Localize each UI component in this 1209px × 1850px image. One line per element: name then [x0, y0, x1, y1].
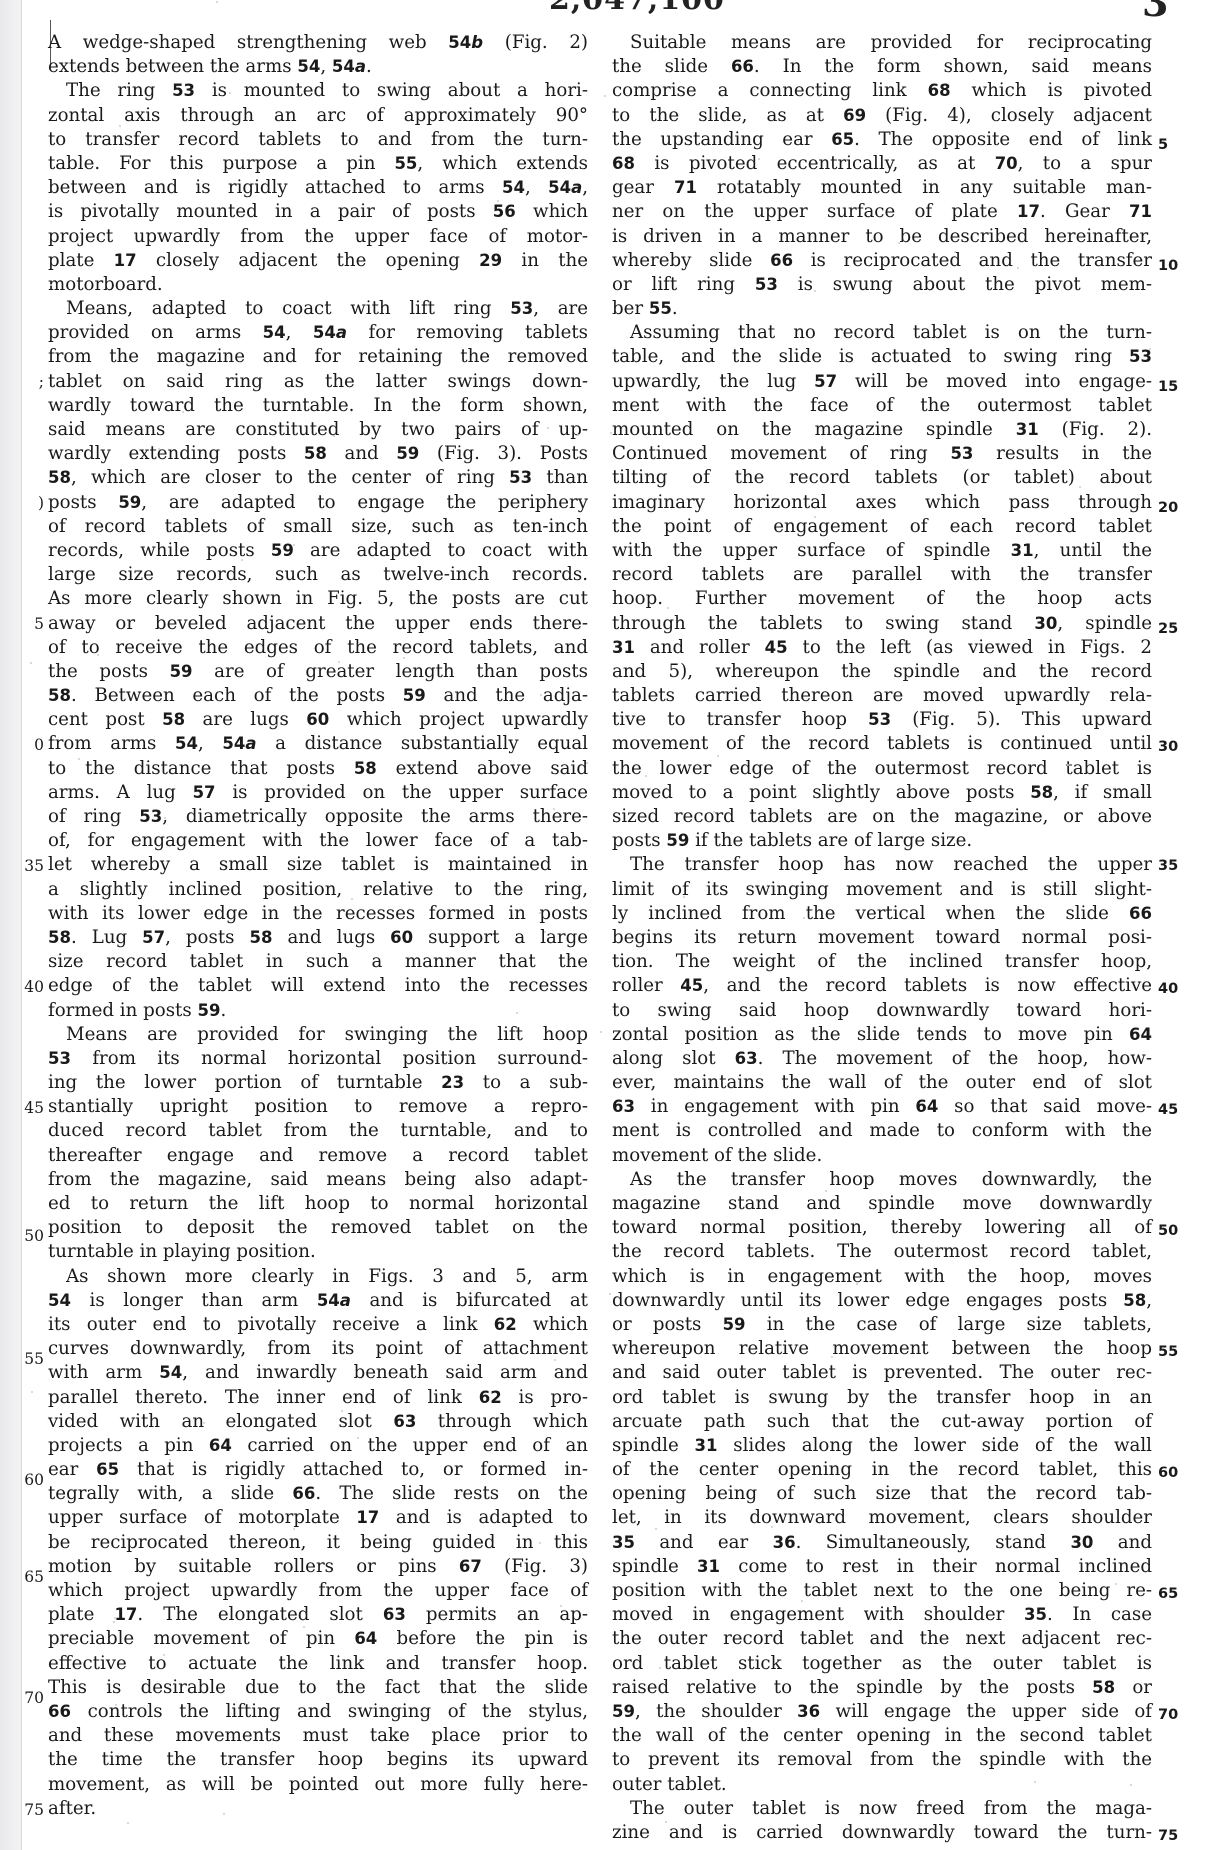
text-segment: upper surface of motorplate [48, 1507, 356, 1528]
text-line: tilting of the record tablets (or tablet… [612, 466, 1152, 490]
reference-numeral: 66 [731, 57, 754, 76]
scan-speck [163, 1654, 165, 1656]
text-line: to prevent its removal from the spindle … [612, 1748, 1152, 1772]
text-segment: and [1093, 1532, 1152, 1553]
text-line: size record tablet in such a manner that… [48, 950, 588, 974]
text-segment: , [286, 322, 313, 343]
line-number: ; [39, 370, 44, 394]
text-segment: the time the transfer hoop begins its up… [48, 1749, 588, 1770]
text-segment: . The slide rests on the [315, 1483, 588, 1504]
text-segment: , [198, 733, 222, 754]
reference-suffix: b [471, 33, 483, 52]
text-segment: Continued movement of ring [612, 443, 950, 464]
text-segment: , and inwardly beneath said arm and [182, 1362, 588, 1383]
scan-speck [357, 1437, 359, 1439]
reference-numeral: 54 [159, 1363, 182, 1382]
text-segment: preciable movement of pin [48, 1628, 354, 1649]
text-segment: with arm [48, 1362, 159, 1383]
text-segment: zontal position as the slide tends to mo… [612, 1024, 1129, 1045]
text-line: plate 17. The elongated slot 63 permits … [48, 1603, 588, 1627]
text-segment: which project upwardly [329, 709, 588, 730]
reference-numeral: 70 [995, 154, 1018, 173]
text-segment: formed in posts [48, 1000, 197, 1021]
text-segment: , the shoulder [635, 1701, 797, 1722]
text-segment: from the magazine and for retaining the … [48, 346, 588, 367]
text-line: zontal axis through an arc of approximat… [48, 104, 588, 128]
text-segment: records, while posts [48, 540, 271, 561]
text-segment: spindle [612, 1556, 697, 1577]
text-segment: Means are provided for swinging the lift… [66, 1024, 588, 1045]
line-number: 35 [1158, 854, 1178, 878]
text-line: parallel thereto. The inner end of link … [48, 1386, 588, 1410]
text-segment: and 5), whereupon the spindle and the re… [612, 661, 1152, 682]
text-line: duced record tablet from the turntable, … [48, 1119, 588, 1143]
reference-numeral: 54 [502, 178, 525, 197]
text-line: ly inclined from the vertical when the s… [612, 902, 1152, 926]
text-segment: ord tablet stick together as the outer t… [612, 1653, 1152, 1674]
text-line: tablet on said ring as the latter swings… [48, 370, 588, 394]
reference-suffix: a [245, 734, 256, 753]
reference-numeral: 59 [170, 662, 193, 681]
text-segment: moved to a point slightly above posts [612, 782, 1030, 803]
reference-numeral: 31 [697, 1557, 720, 1576]
text-line: of record tablets of small size, such as… [48, 515, 588, 539]
text-line: 66 controls the lifting and swinging of … [48, 1700, 588, 1724]
text-segment: provided on arms [48, 322, 263, 343]
text-segment: ly inclined from the vertical when the s… [612, 903, 1129, 924]
text-segment: whereby slide [612, 250, 770, 271]
reference-numeral: 64 [354, 1629, 377, 1648]
reference-numeral: 59 [723, 1315, 746, 1334]
reference-numeral: 53 [510, 299, 533, 318]
text-segment: , [1146, 1290, 1152, 1311]
text-segment: ment with the face of the outermost tabl… [612, 395, 1152, 416]
text-line: arms. A lug 57 is provided on the upper … [48, 781, 588, 805]
text-line: upwardly, the lug 57 will be moved into … [612, 370, 1152, 394]
text-line: As the transfer hoop moves downwardly, t… [612, 1168, 1152, 1192]
text-line: away or beveled adjacent the upper ends … [48, 612, 588, 636]
text-line: posts 59 if the tablets are of large siz… [612, 829, 1152, 853]
line-number: 55 [24, 1347, 44, 1371]
text-line: toward normal position, thereby lowering… [612, 1216, 1152, 1240]
text-segment: is pivoted eccentrically, as at [635, 153, 995, 174]
text-segment: , which extends [417, 153, 588, 174]
text-segment: . In the form shown, said means [754, 56, 1152, 77]
text-segment: curves downwardly, from its point of att… [48, 1338, 588, 1359]
text-segment: before the pin is [377, 1628, 588, 1649]
text-segment: and roller [635, 637, 765, 658]
text-segment: opening being of such size that the reco… [612, 1483, 1152, 1504]
text-segment: toward normal position, thereby lowering… [612, 1217, 1152, 1238]
reference-numeral: 35 [612, 1533, 635, 1552]
text-segment: cent post [48, 709, 162, 730]
reference-numeral: 53 [755, 275, 778, 294]
text-segment: the point of engagement of each record t… [612, 516, 1152, 537]
scan-speck [903, 1178, 905, 1180]
scan-speck [713, 811, 715, 813]
text-line: Continued movement of ring 53 results in… [612, 442, 1152, 466]
text-segment: is pro- [502, 1387, 588, 1408]
reference-numeral: 17 [114, 251, 137, 270]
reference-numeral: 53 [868, 710, 891, 729]
scan-speck [715, 863, 717, 865]
line-number: 65 [1158, 1582, 1178, 1606]
text-line: comprise a connecting link 68 which is p… [612, 79, 1152, 103]
text-segment: ber [612, 298, 649, 319]
text-segment: if the tablets are of large size. [689, 830, 972, 851]
text-segment: extend above said [377, 758, 588, 779]
text-segment: arcuate path such that the cut-away port… [612, 1411, 1152, 1432]
text-line: let, in its downward movement, clears sh… [612, 1506, 1152, 1530]
scan-speck [1067, 764, 1069, 766]
text-segment: tilting of the record tablets (or tablet… [612, 467, 1152, 488]
line-number: 15 [1158, 375, 1178, 399]
scan-speck [113, 1621, 115, 1623]
text-segment: from arms [48, 733, 175, 754]
text-segment: gear [612, 177, 674, 198]
text-line: wardly toward the turntable. In the form… [48, 394, 588, 418]
text-segment: . In case [1047, 1604, 1152, 1625]
scan-speck [1079, 486, 1081, 488]
text-line: arcuate path such that the cut-away port… [612, 1410, 1152, 1434]
text-line: magazine stand and spindle move downward… [612, 1192, 1152, 1216]
text-line: mounted on the magazine spindle 31 (Fig.… [612, 418, 1152, 442]
text-line: edge of the tablet will extend into the … [48, 974, 588, 998]
text-segment: tablet on said ring as the latter swings… [48, 371, 588, 392]
text-segment: thereafter engage and remove a record ta… [48, 1145, 588, 1166]
reference-numeral: 58 [1092, 1678, 1115, 1697]
text-line: zine and is carried downwardly toward th… [612, 1821, 1152, 1845]
scan-speck [169, 1459, 171, 1461]
text-line: As more clearly shown in Fig. 5, the pos… [48, 587, 588, 611]
text-line: table. For this purpose a pin 55, which … [48, 152, 588, 176]
line-number: 45 [1158, 1098, 1178, 1122]
scan-speck [127, 1822, 129, 1824]
text-line: tablets carried thereon are moved upward… [612, 684, 1152, 708]
text-segment: A wedge-shaped strengthening web [48, 32, 448, 53]
text-segment: the lower edge of the outermost record t… [612, 758, 1152, 779]
scan-speck [586, 762, 588, 764]
text-segment: tegrally with, a slide [48, 1483, 292, 1504]
text-segment: plate [48, 250, 114, 271]
line-number: 5 [34, 612, 44, 636]
text-segment: after. [48, 1798, 96, 1819]
text-segment: the outer record tablet and the next adj… [612, 1628, 1152, 1649]
text-segment: a distance substantially equal [257, 733, 589, 754]
text-line: movement, as will be pointed out more fu… [48, 1773, 588, 1797]
text-line: let whereby a small size tablet is maint… [48, 853, 588, 877]
scan-speck [659, 1667, 661, 1669]
text-line: is pivotally mounted in a pair of posts … [48, 200, 588, 224]
scan-speck [31, 1391, 33, 1393]
text-segment: mounted on the magazine spindle [612, 419, 1016, 440]
text-line: the point of engagement of each record t… [612, 515, 1152, 539]
reference-suffix: a [355, 57, 366, 76]
text-segment: or lift ring [612, 274, 755, 295]
reference-numeral: 58 [304, 444, 327, 463]
scan-speck [223, 1813, 225, 1815]
text-segment: are adapted to coact with [294, 540, 588, 561]
scan-speck [547, 427, 549, 429]
text-line: movement of the slide. [612, 1144, 1152, 1168]
text-segment: in the case of large size tablets, [746, 1314, 1152, 1335]
scan-speck [1091, 1247, 1093, 1249]
text-line: turntable in playing position. [48, 1240, 588, 1264]
text-segment: and lugs [272, 927, 390, 948]
text-segment: As shown more clearly in Figs. 3 and 5, … [66, 1266, 588, 1287]
text-line: ber 55. [612, 297, 1152, 321]
scan-speck [600, 1031, 602, 1033]
text-line: and 5), whereupon the spindle and the re… [612, 660, 1152, 684]
text-segment: (Fig. 2). [1039, 419, 1152, 440]
reference-numeral: 58 [1123, 1291, 1146, 1310]
text-segment: ever, maintains the wall of the outer en… [612, 1072, 1152, 1093]
text-segment: . The movement of the hoop, how- [758, 1048, 1152, 1069]
text-line: whereupon relative movement between the … [612, 1337, 1152, 1361]
text-segment: or [1115, 1677, 1152, 1698]
text-line: 59, the shoulder 36 will engage the uppe… [612, 1700, 1152, 1724]
line-number: 60 [1158, 1461, 1178, 1485]
text-line: to swing said hoop downwardly toward hor… [612, 999, 1152, 1023]
text-line: which project upwardly from the upper fa… [48, 1579, 588, 1603]
reference-numeral: 31 [1011, 541, 1034, 560]
text-segment: position to deposit the removed tablet o… [48, 1217, 588, 1238]
text-segment: imaginary horizontal axes which pass thr… [612, 492, 1152, 513]
text-line: of the center opening in the record tabl… [612, 1458, 1152, 1482]
line-number: 50 [1158, 1219, 1178, 1243]
text-segment: is reciprocated and the transfer [793, 250, 1152, 271]
text-line: moved in engagement with shoulder 35. In… [612, 1603, 1152, 1627]
text-segment: ed to return the lift hoop to normal hor… [48, 1193, 588, 1214]
text-segment: and said outer tablet is prevented. The … [612, 1362, 1152, 1383]
text-line: ment is controlled and made to conform w… [612, 1119, 1152, 1143]
text-line: with its lower edge in the recesses form… [48, 902, 588, 926]
text-line: effective to actuate the link and transf… [48, 1652, 588, 1676]
text-segment: (Fig. 2) [483, 32, 588, 53]
text-line: the posts 59 are of greater length than … [48, 660, 588, 684]
text-line: ner on the upper surface of plate 17. Ge… [612, 200, 1152, 224]
text-segment: to the left (as viewed in Figs. 2 [788, 637, 1152, 658]
text-segment: turntable in playing position. [48, 1241, 316, 1262]
scan-speck [554, 1359, 556, 1361]
reference-numeral: 59 [271, 541, 294, 560]
text-segment: sized record tablets are on the magazine… [612, 806, 1152, 827]
reference-numeral: 53 [1129, 347, 1152, 366]
reference-numeral: 62 [494, 1315, 517, 1334]
scan-speck [341, 1410, 343, 1412]
text-line: 58. Between each of the posts 59 and the… [48, 684, 588, 708]
line-number: ) [38, 491, 44, 515]
text-segment: limit of its swinging movement and is st… [612, 879, 1152, 900]
text-segment: The transfer hoop has now reached the up… [630, 854, 1152, 875]
text-segment: ment is controlled and made to conform w… [612, 1120, 1152, 1141]
text-segment: of ring [48, 806, 139, 827]
text-segment: is driven in a manner to be described he… [612, 226, 1152, 247]
text-segment: the slide [612, 56, 731, 77]
text-line: tive to transfer hoop 53 (Fig. 5). This … [612, 708, 1152, 732]
scan-speck [1149, 348, 1151, 350]
scan-speck [539, 1542, 541, 1544]
text-line: zontal position as the slide tends to mo… [612, 1023, 1152, 1047]
text-segment: . The opposite end of link [854, 129, 1152, 150]
scan-speck [293, 1528, 295, 1530]
text-segment: extends between the arms [48, 56, 297, 77]
text-segment: and is adapted to [379, 1507, 588, 1528]
text-segment: size record tablet in such a manner that… [48, 951, 588, 972]
text-segment: As more clearly shown in Fig. 5, the pos… [48, 588, 588, 609]
text-segment: through the tablets to swing stand [612, 613, 1034, 634]
text-segment: moved in engagement with shoulder [612, 1604, 1024, 1625]
text-segment: for removing tablets [347, 322, 588, 343]
scan-speck [115, 1704, 117, 1706]
text-line: thereafter engage and remove a record ta… [48, 1144, 588, 1168]
text-segment: zine and is carried downwardly toward th… [612, 1822, 1152, 1843]
scan-speck [544, 931, 546, 933]
text-segment: wardly extending posts [48, 443, 304, 464]
text-segment: ear [48, 1459, 96, 1480]
reference-numeral: 30 [1034, 614, 1057, 633]
scan-speck [951, 1683, 953, 1685]
reference-numeral: 64 [209, 1436, 232, 1455]
text-line: after. [48, 1797, 588, 1821]
scan-speck [216, 1, 218, 3]
text-line: to the distance that posts 58 extend abo… [48, 757, 588, 781]
text-segment: As the transfer hoop moves downwardly, t… [630, 1169, 1152, 1190]
text-segment: from the magazine, said means being also… [48, 1169, 588, 1190]
scan-speck [898, 242, 900, 244]
text-segment: closely adjacent the opening [137, 250, 480, 271]
line-number: 5 [1158, 133, 1168, 157]
text-segment: spindle [612, 1435, 695, 1456]
scan-speck [814, 290, 816, 292]
reference-numeral: 53 [48, 1049, 71, 1068]
text-segment: so that said move- [938, 1096, 1152, 1117]
text-line: wardly extending posts 58 and 59 (Fig. 3… [48, 442, 588, 466]
text-segment: . Lug [71, 927, 142, 948]
text-segment: zontal axis through an arc of approximat… [48, 105, 588, 126]
reference-numeral: 54 [548, 178, 571, 197]
text-line: to transfer record tablets to and from t… [48, 128, 588, 152]
text-segment: and ear [635, 1532, 773, 1553]
text-line: position to deposit the removed tablet o… [48, 1216, 588, 1240]
text-line: moved to a point slightly above posts 58… [612, 781, 1152, 805]
reference-numeral: 53 [172, 81, 195, 100]
right-text-column: Suitable means are provided for reciproc… [612, 31, 1152, 1845]
line-number: 65 [24, 1565, 44, 1589]
reference-numeral: 67 [459, 1557, 482, 1576]
reference-numeral: 17 [1017, 202, 1040, 221]
text-line: gear 71 rotatably mounted in any suitabl… [612, 176, 1152, 200]
text-segment: vided with an elongated slot [48, 1411, 393, 1432]
text-segment: which is pivoted [951, 80, 1152, 101]
scan-speck [665, 1821, 667, 1823]
scan-speck [241, 559, 243, 561]
scan-speck [351, 898, 353, 900]
text-segment: away or beveled adjacent the upper ends … [48, 613, 588, 634]
text-line: provided on arms 54, 54a for removing ta… [48, 321, 588, 345]
text-line: ear 65 that is rigidly attached to, or f… [48, 1458, 588, 1482]
text-line: downwardly until its lower edge engages … [612, 1289, 1152, 1313]
text-segment: of the center opening in the record tabl… [612, 1459, 1152, 1480]
text-segment: a slightly inclined position, relative t… [48, 879, 588, 900]
reference-numeral: 59 [396, 444, 419, 463]
text-segment: outer tablet. [612, 1774, 727, 1795]
text-line: large size records, such as twelve-inch … [48, 563, 588, 587]
text-line: spindle 31 come to rest in their normal … [612, 1555, 1152, 1579]
text-line: posts 59, are adapted to engage the peri… [48, 491, 588, 515]
reference-numeral: 31 [612, 638, 635, 657]
text-line: Means are provided for swinging the lift… [48, 1023, 588, 1047]
text-segment: of to receive the edges of the record ta… [48, 637, 588, 658]
text-segment: effective to actuate the link and transf… [48, 1653, 588, 1674]
scan-speck [437, 644, 439, 646]
scan-speck [553, 165, 555, 167]
text-line: cent post 58 are lugs 60 which project u… [48, 708, 588, 732]
scan-speck [182, 411, 184, 413]
reference-numeral: 58 [1030, 783, 1053, 802]
scan-speck [118, 38, 120, 40]
text-line: of to receive the edges of the record ta… [48, 636, 588, 660]
text-segment: edge of the tablet will extend into the … [48, 975, 588, 996]
reference-suffix: a [571, 178, 582, 197]
reference-numeral: 66 [1129, 904, 1152, 923]
reference-numeral: 53 [139, 807, 162, 826]
text-line: and these movements must take place prio… [48, 1724, 588, 1748]
text-line: said means are constituted by two pairs … [48, 418, 588, 442]
scan-speck [655, 1528, 657, 1530]
text-line: 68 is pivoted eccentrically, as at 70, t… [612, 152, 1152, 176]
text-line: stantially upright position to remove a … [48, 1095, 588, 1119]
text-segment: than [532, 467, 588, 488]
text-line: is driven in a manner to be described he… [612, 225, 1152, 249]
text-line: ed to return the lift hoop to normal hor… [48, 1192, 588, 1216]
text-segment: the posts [48, 661, 170, 682]
text-segment: controls the lifting and swinging of the… [71, 1701, 588, 1722]
text-line: the wall of the center opening in the se… [612, 1724, 1152, 1748]
text-line: sized record tablets are on the magazine… [612, 805, 1152, 829]
text-segment: along slot [612, 1048, 735, 1069]
text-line: whereby slide 66 is reciprocated and the… [612, 249, 1152, 273]
text-segment: (Fig. 3) [482, 1556, 588, 1577]
text-line: ord tablet is swung by the transfer hoop… [612, 1386, 1152, 1410]
text-segment: whereupon relative movement between the … [612, 1338, 1152, 1359]
text-segment: between and is rigidly attached to arms [48, 177, 502, 198]
reference-numeral: 66 [770, 251, 793, 270]
text-segment: motion by suitable rollers or pins [48, 1556, 459, 1577]
text-line: This is desirable due to the fact that t… [48, 1676, 588, 1700]
text-line: spindle 31 slides along the lower side o… [612, 1434, 1152, 1458]
scan-speck [758, 158, 760, 160]
text-segment: table, and the slide is actuated to swin… [612, 346, 1129, 367]
text-line: formed in posts 59. [48, 999, 588, 1023]
scan-speck [797, 140, 799, 142]
reference-numeral: 17 [114, 1605, 137, 1624]
line-number: 70 [24, 1686, 44, 1710]
reference-suffix: a [336, 323, 347, 342]
reference-numeral: 59 [666, 831, 689, 850]
text-segment: ner on the upper surface of plate [612, 201, 1017, 222]
reference-numeral: 71 [674, 178, 697, 197]
text-segment: is mounted to swing about a hori- [195, 80, 588, 101]
reference-numeral: 54 [263, 323, 286, 342]
text-segment: which [516, 201, 588, 222]
patent-page: 2,047,100 3 ;)50354045505560657075 A wed… [22, 0, 1209, 1850]
text-line: with arm 54, and inwardly beneath said a… [48, 1361, 588, 1385]
reference-numeral: 58 [162, 710, 185, 729]
text-line: or lift ring 53 is swung about the pivot… [612, 273, 1152, 297]
text-line: The transfer hoop has now reached the up… [612, 853, 1152, 877]
reference-numeral: 64 [915, 1097, 938, 1116]
